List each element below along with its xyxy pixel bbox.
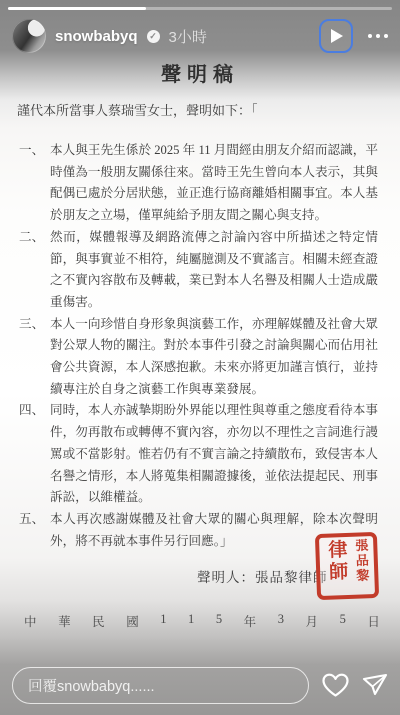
- item-text: 本人一向珍惜自身形象與演藝工作，亦理解媒體及社會大眾對公眾人物的關注。對於本事件…: [50, 314, 378, 401]
- item-number: 一、: [19, 140, 50, 227]
- document-date: 中 華 民 國 1 1 5 年 3 月 5 日: [0, 612, 400, 630]
- item-number: 三、: [19, 314, 50, 401]
- heart-icon: [322, 673, 349, 698]
- item-number: 四、: [19, 400, 50, 509]
- reply-placeholder: 回覆snowbabyq......: [28, 675, 155, 696]
- story-viewer: snowbabyq ✓ 3小時 聲明稿 謹代本所當事人蔡瑞雪女士，聲明如下：「 …: [0, 0, 400, 715]
- seal-text-left: 律師: [322, 539, 351, 596]
- statement-item: 一、 本人與王先生係於 2025 年 11 月間經由朋友介紹而認識，平時僅為一般…: [17, 140, 378, 227]
- date-char: 華: [58, 612, 71, 630]
- statement-document: 聲明稿 謹代本所當事人蔡瑞雪女士，聲明如下：「 一、 本人與王先生係於 2025…: [0, 0, 400, 715]
- item-number: 二、: [19, 227, 50, 314]
- document-title: 聲明稿: [0, 58, 400, 87]
- date-char: 5: [216, 612, 222, 630]
- lawyer-seal-stamp: 張品黎 律師: [315, 532, 379, 600]
- date-char: 1: [160, 612, 166, 630]
- statement-item: 四、 同時，本人亦誠摯期盼外界能以理性與尊重之態度看待本事件，勿再散布或轉傳不實…: [17, 400, 378, 509]
- declarant-signature: 聲明人：張品黎律師: [197, 566, 328, 586]
- seal-text-right: 張品黎: [351, 538, 372, 595]
- statement-item: 三、 本人一向珍惜自身形象與演藝工作，亦理解媒體及社會大眾對公眾人物的關注。對於…: [17, 314, 378, 401]
- reply-input[interactable]: 回覆snowbabyq......: [12, 667, 309, 704]
- share-button[interactable]: [362, 673, 388, 697]
- date-char: 5: [340, 612, 346, 630]
- paper-plane-icon: [362, 673, 388, 697]
- date-char: 日: [367, 612, 380, 630]
- date-char: 民: [92, 612, 105, 630]
- statement-item: 二、 然而，媒體報導及網路流傳之討論內容中所描述之特定情節，與事實並不相符，純屬…: [17, 227, 378, 314]
- date-char: 國: [126, 612, 139, 630]
- document-intro: 謹代本所當事人蔡瑞雪女士，聲明如下：「: [17, 100, 378, 122]
- item-number: 五、: [19, 509, 50, 552]
- story-footer: 回覆snowbabyq......: [0, 655, 400, 715]
- date-char: 月: [306, 612, 319, 630]
- date-char: 年: [244, 612, 257, 630]
- date-char: 中: [24, 612, 37, 630]
- date-char: 3: [278, 612, 284, 630]
- date-char: 1: [188, 612, 194, 630]
- statement-list: 一、 本人與王先生係於 2025 年 11 月間經由朋友介紹而認識，平時僅為一般…: [17, 140, 378, 552]
- item-text: 同時，本人亦誠摯期盼外界能以理性與尊重之態度看待本事件，勿再散布或轉傳不實內容，…: [50, 400, 378, 509]
- like-button[interactable]: [322, 673, 349, 698]
- item-text: 本人與王先生係於 2025 年 11 月間經由朋友介紹而認識，平時僅為一般朋友關…: [50, 140, 378, 227]
- item-text: 然而，媒體報導及網路流傳之討論內容中所描述之特定情節，與事實並不相符，純屬臆測及…: [50, 227, 378, 314]
